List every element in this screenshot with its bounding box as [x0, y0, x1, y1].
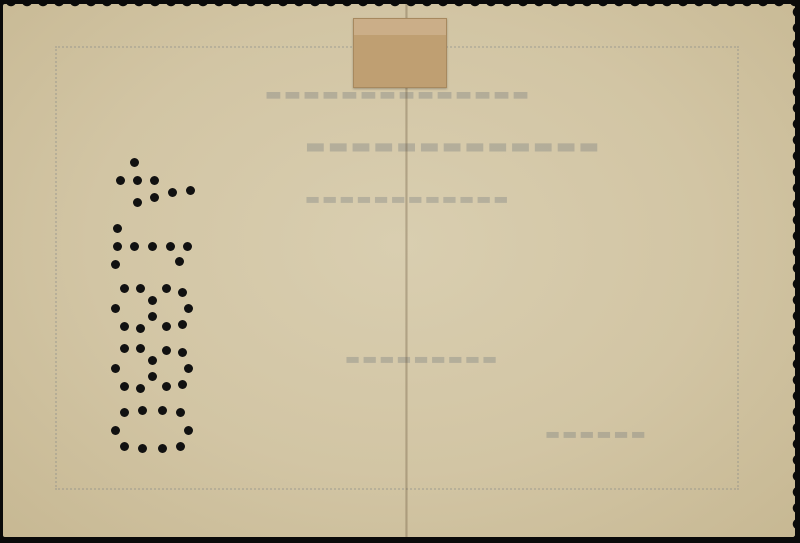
right-perforated-edge — [790, 4, 798, 537]
top-perforated-edge — [3, 1, 795, 9]
show-through-text: ▬▬▬▬▬▬▬▬▬▬▬▬▬ — [303, 134, 599, 159]
perforated-serial-number: 41880 — [108, 158, 198, 448]
show-through-text: ▬▬▬▬▬▬ — [543, 424, 646, 443]
adhesive-tape-patch — [353, 18, 447, 88]
show-through-text: ▬▬▬▬▬▬▬▬▬ — [343, 349, 497, 368]
